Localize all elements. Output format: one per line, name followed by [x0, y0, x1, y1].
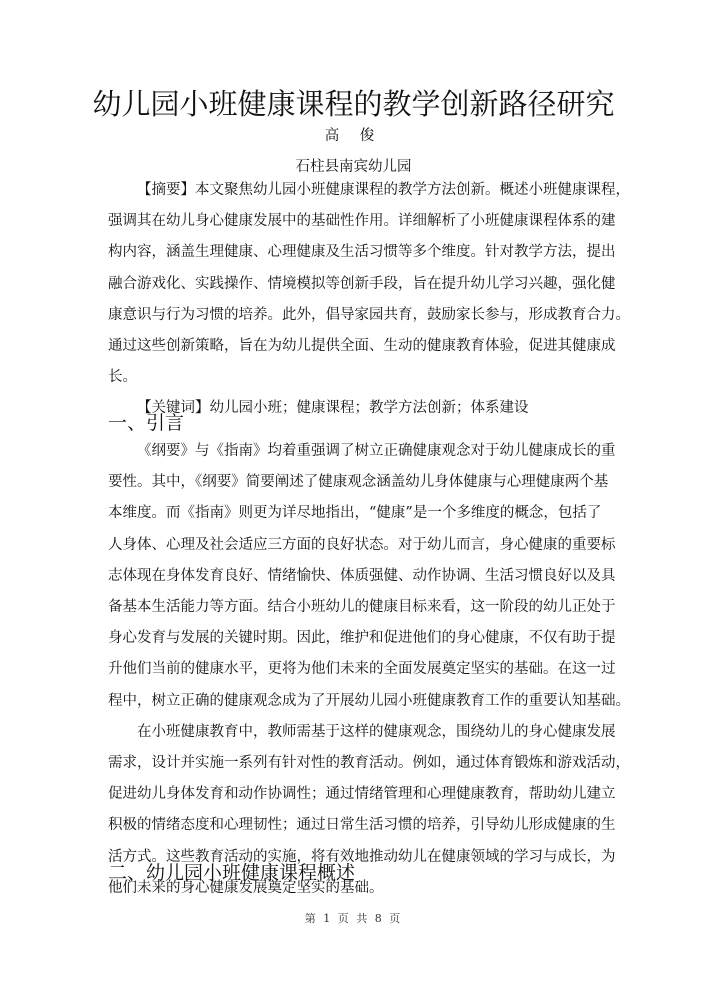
section-introduction-body: 《纲要》与《指南》均着重强调了树立正确健康观念对于幼儿健康成长的重 要性。其中，… — [108, 436, 601, 904]
abstract-line: 长。 — [108, 362, 601, 393]
paragraph-line: 需求，设计并实施一系列有针对性的教育活动。例如，通过体育锻炼和游戏活动， — [108, 748, 601, 779]
abstract-line: 康意识与行为习惯的培养。此外，倡导家园共育，鼓励家长参与，形成教育合力。 — [108, 300, 601, 331]
abstract-line: 【摘要】本文聚焦幼儿园小班健康课程的教学方法创新。概述小班健康课程， — [108, 175, 601, 206]
document-page: 幼儿园小班健康课程的教学创新路径研究 高 俊 石柱县南宾幼儿园 【摘要】本文聚焦… — [0, 0, 707, 999]
paragraph-line: 《纲要》与《指南》均着重强调了树立正确健康观念对于幼儿健康成长的重 — [108, 436, 601, 467]
page-title: 幼儿园小班健康课程的教学创新路径研究 — [0, 84, 707, 124]
paragraph-line: 积极的情绪态度和心理韧性；通过日常生活习惯的培养，引导幼儿形成健康的生 — [108, 810, 601, 841]
abstract-line: 强调其在幼儿身心健康发展中的基础性作用。详细解析了小班健康课程体系的建 — [108, 206, 601, 237]
page-footer: 第 1 页 共 8 页 — [0, 910, 707, 926]
paragraph-line: 本维度。而《指南》则更为详尽地指出，“健康”是一个多维度的概念，包括了 — [108, 498, 601, 529]
abstract-line: 构内容，涵盖生理健康、心理健康及生活习惯等多个维度。针对教学方法，提出 — [108, 237, 601, 268]
paragraph-line: 志体现在身体发育良好、情绪愉快、体质强健、动作协调、生活习惯良好以及具 — [108, 561, 601, 592]
paragraph-line: 程中，树立正确的健康观念成为了开展幼儿园小班健康教育工作的重要认知基础。 — [108, 686, 601, 717]
paragraph-line: 促进幼儿身体发育和动作协调性；通过情绪管理和心理健康教育，帮助幼儿建立 — [108, 779, 601, 810]
section-heading-overview: 二、幼儿园小班健康课程概述 — [108, 858, 355, 888]
paragraph-line: 升他们当前的健康水平，更将为他们未来的全面发展奠定坚实的基础。在这一过 — [108, 654, 601, 685]
paragraph-line: 备基本生活能力等方面。结合小班幼儿的健康目标来看，这一阶段的幼儿正处于 — [108, 592, 601, 623]
abstract: 【摘要】本文聚焦幼儿园小班健康课程的教学方法创新。概述小班健康课程， 强调其在幼… — [108, 175, 601, 425]
paragraph-line: 要性。其中，《纲要》简要阐述了健康观念涵盖幼儿身体健康与心理健康两个基 — [108, 467, 601, 498]
paragraph-line: 人身体、心理及社会适应三方面的良好状态。对于幼儿而言，身心健康的重要标 — [108, 530, 601, 561]
paragraph-line: 身心发育与发展的关键时期。因此，维护和促进他们的身心健康，不仅有助于提 — [108, 623, 601, 654]
abstract-line: 融合游戏化、实践操作、情境模拟等创新手段，旨在提升幼儿学习兴趣，强化健 — [108, 269, 601, 300]
section-heading-introduction: 一、引言 — [108, 408, 184, 438]
author-name: 高 俊 — [0, 126, 707, 146]
paragraph-line: 在小班健康教育中，教师需基于这样的健康观念，围绕幼儿的身心健康发展 — [108, 717, 601, 748]
abstract-line: 通过这些创新策略，旨在为幼儿提供全面、生动的健康教育体验，促进其健康成 — [108, 331, 601, 362]
author-affiliation: 石柱县南宾幼儿园 — [0, 157, 707, 177]
